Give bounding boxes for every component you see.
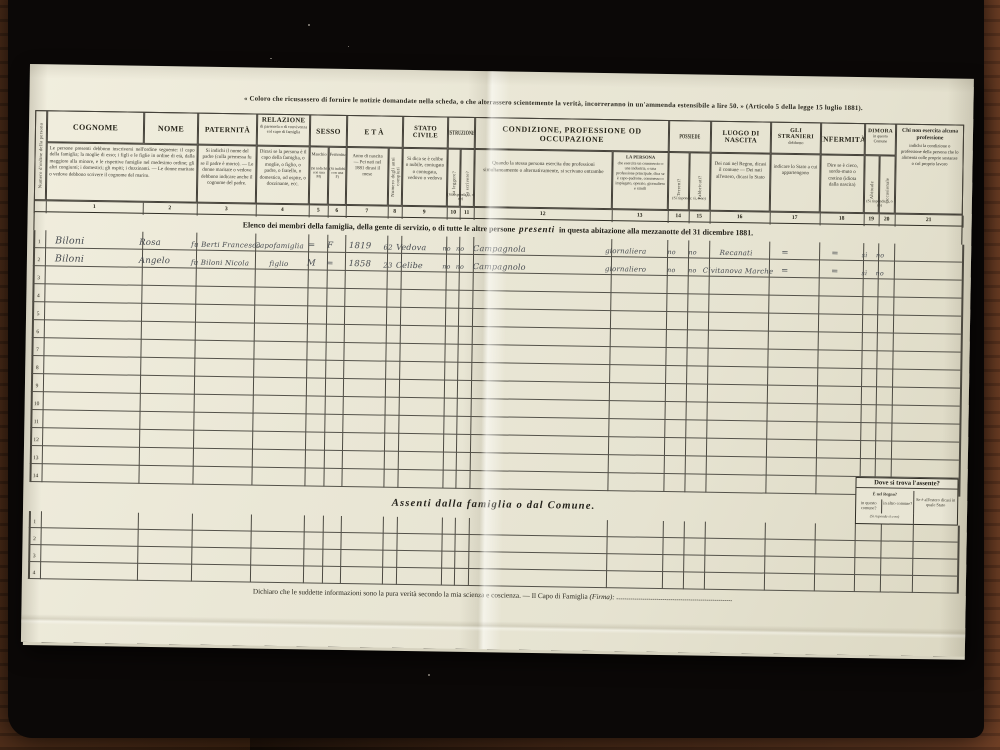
cell-qualifica: giornaliera	[605, 247, 665, 256]
column-number: 2	[168, 205, 171, 211]
row-number: 8	[31, 365, 43, 371]
column-line	[683, 521, 685, 589]
col-condizione-title: CONDIZIONE, PROFESSIONE OD OCCUPAZIONE	[475, 117, 669, 152]
absent-row-number: 2	[28, 536, 40, 542]
col-fabbricati: Fabbricati?	[689, 152, 711, 210]
cell-stato: Celibe	[396, 261, 444, 271]
signature-label: (Firma):	[590, 593, 615, 601]
cell-relazione: figlio	[250, 259, 308, 268]
column-line	[606, 520, 608, 588]
table-row: 7	[31, 338, 960, 371]
cell-straniero: =	[763, 248, 807, 259]
relazione-subtitle-text: di parentela o di convivenza col capo di…	[258, 124, 309, 135]
column-number: 5	[317, 208, 320, 214]
column-number: 4	[281, 207, 284, 213]
row-number: 6	[32, 329, 44, 335]
column-line	[890, 244, 895, 496]
stranieri-title-text: GLI STRANIERI	[772, 123, 820, 141]
band-suffix: in questa abitazione alla mezzanotte del…	[559, 225, 753, 237]
cell-nascita: Civitanova Marche	[703, 267, 769, 276]
column-line	[442, 237, 447, 489]
column-number: 8	[393, 209, 396, 215]
number-strip-separator	[963, 216, 964, 228]
istruzione-title-text: ISTRUZIONE	[448, 129, 475, 136]
column-number: 18	[839, 216, 845, 222]
anni-compiuti-rotated-label: Numero degli anni compiuti	[389, 149, 402, 205]
cell-infermita: =	[813, 266, 857, 277]
column-line	[28, 511, 31, 579]
table-row: 9	[31, 374, 960, 407]
cell-abituale: sì	[857, 252, 872, 259]
column-line	[396, 517, 398, 585]
table-row: 3	[33, 266, 962, 299]
column-line	[912, 525, 914, 593]
col-stato-notes: Si dica se è celibe o nubile, coniugato …	[402, 148, 448, 207]
column-line	[469, 237, 474, 489]
column-line	[662, 521, 664, 589]
cell-terreni: no	[661, 249, 682, 256]
terreni-rotated-label: Terreni?	[669, 153, 689, 209]
col-eta-title: ETÀ	[347, 115, 403, 148]
col-paternita-title: PATERNITÀ	[198, 113, 257, 146]
cell-scrive: no	[453, 246, 467, 253]
cell-fabbricati: no	[682, 267, 703, 274]
col-infermita-title: INFERMITÀ	[821, 122, 865, 155]
row-number: 1	[33, 239, 45, 245]
row-number: 10	[31, 401, 43, 407]
where-box-note: (Si risponda sì o no)	[856, 513, 914, 524]
dimora-note: (Si risponda sì, o no)	[864, 199, 895, 208]
col-terreni: Terreni?	[668, 152, 690, 210]
la-persona-notes: che esercita un commercio o una industri…	[613, 159, 667, 192]
column-number: 17	[792, 215, 798, 221]
cell-infermita: =	[813, 248, 857, 259]
column-number: 10	[450, 210, 456, 216]
col-stato-title: STATO CIVILE	[403, 116, 448, 149]
col-sesso-title: SESSO	[310, 114, 347, 147]
possiede-note: (Si risponda: sì, o no)	[668, 196, 710, 201]
cell-straniero: =	[763, 266, 807, 277]
col-dimora-title: DIMORA in questo Comune	[865, 123, 896, 155]
absent-section-title: Assenti dalla famiglia o dal Comune.	[29, 482, 958, 527]
column-line	[764, 523, 766, 591]
declaration-text: Dichiaro che le suddette informazioni so…	[253, 588, 588, 601]
column-line	[663, 240, 668, 492]
row-number: 9	[31, 383, 43, 389]
cell-f: =	[321, 259, 339, 269]
column-number: 13	[637, 213, 643, 219]
band-prefix: Elenco dei membri della famiglia, della …	[243, 220, 515, 233]
dust-speck	[428, 674, 430, 676]
col-stranieri-title: GLI STRANIERI debbono	[771, 122, 821, 155]
col-condizione-quando: Quando la stessa persona esercita due pr…	[474, 149, 613, 209]
where-box-altro-comune: in altro comune?	[882, 499, 914, 514]
row-number: 2	[33, 257, 45, 263]
table-row: 11	[30, 410, 959, 443]
column-line	[382, 517, 384, 585]
chi-non-title: Chi non esercita alcuna professione	[897, 125, 963, 144]
fabbricati-rotated-label: Fabbricati?	[690, 153, 710, 209]
cell-scrive: no	[453, 264, 467, 271]
photographed-census-sheet-scene: « Coloro che ricusassero di fornire le n…	[0, 0, 1000, 750]
cell-abituale: sì	[857, 270, 872, 277]
absent-row-number: 3	[28, 553, 40, 559]
col-nome-title: NOME	[144, 112, 198, 145]
where-is-absent-box: Dove si trova l'assente? È nel Regno? in…	[855, 477, 959, 526]
cell-occasionale: no	[872, 270, 888, 277]
cell-fabbricati: no	[682, 249, 703, 256]
col-possiede-title: POSSIEDE	[669, 120, 711, 153]
row-number: 5	[32, 311, 44, 317]
cell-professione: Campagnola	[473, 244, 583, 255]
column-line	[138, 232, 143, 484]
column-number: 9	[423, 209, 426, 215]
signature-line	[616, 591, 731, 601]
cell-relazione: Capofamiglia	[250, 241, 308, 250]
col-infermita-notes: Dire se è cieco, sordo-muto o cretino (i…	[820, 154, 865, 213]
row-number: 7	[31, 347, 43, 353]
column-line	[383, 236, 388, 488]
cell-m: M	[302, 258, 321, 268]
horizontal-crease	[21, 614, 965, 639]
table-row: 13	[30, 446, 959, 479]
census-family-sheet-1881: « Coloro che ricusassero di fornire le n…	[21, 64, 974, 657]
cell-nascita: Recanati	[703, 249, 769, 258]
column-number: 12	[540, 211, 546, 217]
absent-row: 3	[28, 545, 957, 577]
cell-anni: 23	[381, 262, 395, 270]
column-line	[322, 516, 324, 584]
chi-non-notes: indichi la condizione o professione dell…	[897, 143, 963, 167]
column-line	[441, 518, 443, 586]
col-luogo-notes: Dei nati nel Regno, dicasi il comune — D…	[710, 153, 771, 212]
row-number: 12	[30, 437, 42, 443]
column-number: 21	[926, 217, 932, 223]
column-line	[765, 242, 770, 494]
col-luogo-title: LUOGO DI NASCITA	[711, 121, 771, 154]
col-eta-anni: Numero degli anni compiuti	[388, 148, 403, 206]
cell-stato: Vedova	[396, 243, 444, 253]
col-cognome-nome-notes: Le persone presenti debbono inscriversi …	[46, 142, 198, 202]
column-line	[191, 514, 193, 582]
cell-paternita: fu Biloni Nicola	[191, 259, 254, 268]
legal-warning-line: « Coloro che ricusassero di fornire le n…	[139, 94, 967, 114]
column-number: 14	[675, 213, 681, 219]
column-line	[250, 515, 252, 583]
column-line	[454, 518, 456, 586]
column-line	[814, 523, 816, 591]
column-line	[455, 237, 460, 489]
column-line	[854, 524, 856, 592]
cell-cognome: Biloni	[55, 235, 140, 247]
table-row: 8	[31, 356, 960, 389]
col-chi-non-esercita: Chi non esercita alcuna professione indi…	[895, 124, 964, 215]
cell-paternita: fu Berti Francesco	[191, 241, 254, 250]
istruzione-note: (Si risponda sì, o no)	[447, 193, 474, 202]
maschio-note: (Si indichi con una M)	[310, 156, 327, 178]
column-line	[397, 236, 402, 488]
column-line	[29, 230, 35, 482]
column-line	[304, 234, 309, 486]
cell-anno: 1819	[339, 241, 381, 252]
column-line	[815, 242, 820, 494]
column-number: 19	[868, 216, 874, 222]
table-row: 12	[30, 428, 959, 461]
column-line	[468, 518, 470, 586]
col-istruzione-title: ISTRUZIONE	[448, 117, 475, 149]
femmina-label: Femmina	[330, 148, 346, 157]
col-relazione-notes: Dirasi se la persona è il capo della fam…	[256, 146, 310, 205]
dust-speck	[270, 58, 272, 59]
absent-row: 2	[28, 528, 957, 560]
column-line	[880, 524, 882, 592]
column-line	[704, 522, 706, 590]
cell-f: F	[321, 241, 339, 251]
column-line	[303, 515, 305, 583]
row-number: 3	[33, 275, 45, 281]
cell-cognome: Biloni	[55, 253, 140, 265]
column-line	[340, 516, 342, 584]
cell-professione: Campagnolo	[473, 262, 583, 273]
column-number: 7	[365, 208, 368, 214]
col-sesso-femmina: Femmina (Si indichi con una F)	[328, 147, 347, 205]
column-line	[40, 511, 42, 579]
row-number: 14	[29, 473, 41, 479]
column-line	[874, 243, 879, 495]
table-row: 10	[31, 392, 960, 425]
absent-row-number: 1	[29, 519, 41, 525]
maschio-label: Maschio	[311, 147, 328, 156]
cell-nome: Angelo	[139, 256, 194, 267]
cell-legge: no	[440, 245, 453, 252]
col-numero-label: Numero d'ordine della persona	[35, 111, 46, 199]
column-line	[192, 233, 197, 485]
col-eta-anno: Anno di nascita — Pei nati nel 1881 dira…	[346, 147, 389, 206]
cell-occasionale: no	[872, 252, 888, 259]
col-paternita-notes: Si indichi il nome del padre (colla prem…	[197, 145, 257, 204]
table-row: 6	[32, 320, 961, 353]
column-number: 20	[884, 216, 890, 222]
column-line	[607, 239, 612, 491]
column-line	[341, 235, 346, 487]
cell-anno: 1858	[339, 259, 381, 270]
column-line	[41, 230, 46, 482]
col-relazione-title: RELAZIONE di parentela o di convivenza c…	[257, 114, 310, 147]
cell-m: =	[302, 240, 321, 250]
row-number: 4	[32, 293, 44, 299]
column-number: 1	[93, 204, 96, 210]
row-number: 13	[30, 455, 42, 461]
cell-terreni: no	[661, 267, 682, 274]
absent-row-number: 4	[28, 570, 40, 576]
column-line	[684, 240, 689, 492]
dust-speck	[308, 24, 310, 26]
band-emphasis: presenti	[519, 224, 555, 235]
column-line	[251, 234, 256, 486]
column-line	[137, 513, 139, 581]
column-line	[957, 526, 960, 594]
table-row: 4	[32, 284, 961, 317]
column-number: 3	[225, 206, 228, 212]
stranieri-sub-text: debbono	[772, 140, 820, 146]
possiede-title-text: POSSIEDE	[679, 133, 700, 140]
column-number: 16	[737, 214, 743, 220]
dust-speck	[348, 46, 349, 47]
declaration-line: Dichiaro che le suddette informazioni so…	[28, 582, 957, 607]
cell-nome: Rosa	[139, 238, 194, 249]
column-line	[859, 243, 864, 495]
column-line	[705, 241, 710, 493]
col-condizione-la-persona: LA PERSONA che esercita un commercio o u…	[612, 151, 669, 210]
column-number: 15	[696, 213, 702, 219]
column-number: 11	[464, 210, 469, 216]
column-number: 6	[335, 208, 338, 214]
table-row: 2BiloniAngelofu Biloni NicolafiglioM=185…	[33, 248, 962, 281]
row-number: 11	[30, 419, 42, 425]
femmina-note: (Si indichi con una F)	[329, 157, 345, 179]
col-sesso-maschio: Maschio (Si indichi con una M)	[309, 146, 329, 204]
col-stranieri-notes: indicare lo Stato a cui appartengono	[770, 154, 821, 213]
column-line	[323, 235, 328, 487]
column-line	[958, 245, 964, 497]
cell-qualifica: giornaliero	[605, 265, 665, 274]
where-box-title: Dove si trova l'assente?	[856, 478, 957, 490]
dimora-sub-text: in questo Comune	[866, 134, 895, 144]
table-row: 5	[32, 302, 961, 335]
col-cognome-title: COGNOME	[47, 110, 144, 144]
cell-legge: no	[440, 263, 453, 270]
where-box-estero: Se è all'estero dicasi in quale Stato	[914, 491, 958, 525]
cell-anni: 62	[381, 244, 395, 252]
where-box-questo-comune: in questo comune?	[856, 499, 882, 513]
